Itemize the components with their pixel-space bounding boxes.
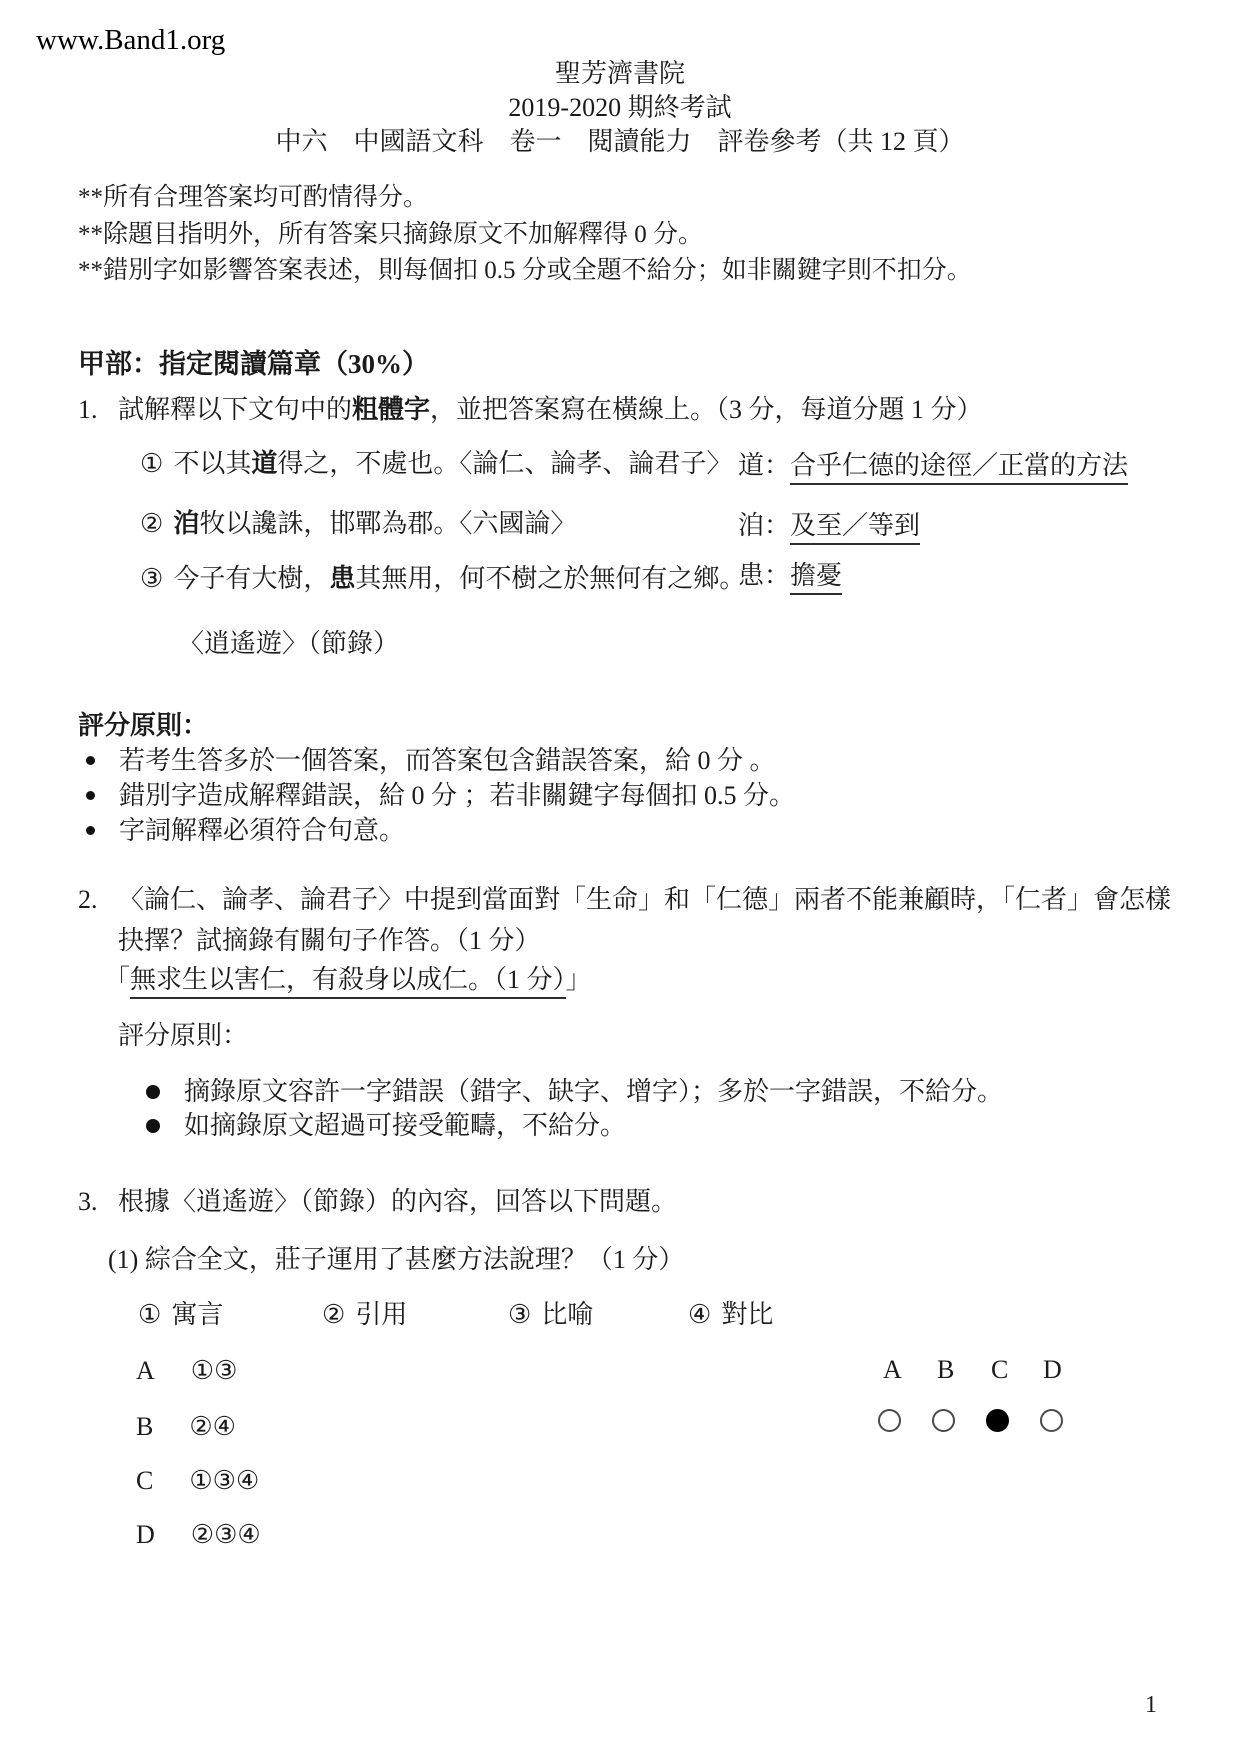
q1-answer-1-label: 道： [738,451,790,480]
q2-criteria-text: 如摘錄原文超過可接受範疇，不給分。 [184,1110,626,1143]
paper-title: 中六 中國語文科 卷一 閱讀能力 評卷參考（共 12 頁） [0,126,1240,159]
bullet-icon [86,791,95,800]
grid-header-C: C [991,1354,1008,1387]
school-name: 聖芳濟書院 [0,58,1240,91]
q2-answer-open-quote: 「 [104,965,130,994]
q1-stem-pre: 試解釋以下文句中的 [118,395,352,424]
q2-criteria-item: 摘錄原文容許一字錯誤（錯字、缺字、增字）；多於一字錯誤，不給分。 [146,1076,1003,1109]
q3-choice-D-letter: D [136,1520,155,1549]
q3-sub1-text: 綜合全文，莊子運用了甚麼方法說理？（1 分） [145,1245,685,1274]
q2-answer-quoted-text: 無求生以害仁，有殺身以成仁。（1 分） [130,965,566,999]
q2-stem-line1: 〈論仁、論孝、論君子〉中提到當面對「生命」和「仁德」兩者不能兼顧時，「仁者」會怎… [118,884,1171,917]
q3-sub1: (1) 綜合全文，莊子運用了甚麼方法說理？（1 分） [108,1244,684,1277]
q1-item-2-boldword: 洎 [173,509,199,538]
circled-number-3: ③ [140,564,163,593]
circled-number-4: ④ [688,1300,711,1329]
bullet-icon [86,756,95,765]
q1-item-2: ②洎牧以讒誅，邯鄲為郡。〈六國論〉 [140,508,576,541]
q2-answer-close-quote: 」 [566,965,592,994]
q1-criteria-item: 若考生答多於一個答案，而答案包含錯誤答案，給 0 分 。 [86,745,776,778]
q1-item-3: ③今子有大樹，患其無用，何不樹之於無何有之鄉。 [140,563,745,596]
q1-stem-bold-term: 粗體字 [352,395,430,424]
q3-choice-D-combo: ②③④ [191,1520,261,1549]
q1-answer-2-label: 洎： [738,511,790,540]
q1-criteria-item: 錯別字造成解釋錯誤，給 0 分 ；若非關鍵字每個扣 0.5 分。 [86,780,795,813]
q1-item-3-text: 今子有大樹， [173,564,329,593]
q1-answer-3: 患：擔憂 [738,560,842,593]
circled-number-1: ① [140,449,163,478]
marking-note: **除題目指明外，所有答案只摘錄原文不加解釋得 0 分。 [78,219,703,250]
q1-answer-3-value: 擔憂 [790,561,842,595]
exam-session: 2019-2020 期終考試 [0,92,1240,125]
q3-choice-C-combo: ①③④ [189,1466,259,1495]
bullet-icon [146,1085,160,1099]
section-a-heading: 甲部：指定閱讀篇章（30%） [78,348,429,382]
q1-item-3-rest: 其無用，何不樹之於無何有之鄉。 [355,564,745,593]
q1-item-3-source: 〈逍遙遊〉（節錄） [178,628,399,661]
answer-bubble [986,1409,1009,1432]
answer-bubble [932,1409,955,1432]
q1-item-1-text: 不以其 [173,449,251,478]
q1-criteria-text: 字詞解釋必須符合句意。 [119,815,405,848]
marking-note: **所有合理答案均可酌情得分。 [78,182,428,213]
q1-item-1-rest: 得之，不處也。〈論仁、論孝、論君子〉 [277,449,732,478]
grid-header-B: B [937,1354,954,1387]
q1-criteria-text: 錯別字造成解釋錯誤，給 0 分 ；若非關鍵字每個扣 0.5 分。 [119,780,795,813]
q1-item-1: ①不以其道得之，不處也。〈論仁、論孝、論君子〉 [140,448,732,481]
marking-note: **錯別字如影響答案表述，則每個扣 0.5 分或全題不給分；如非關鍵字則不扣分。 [78,255,972,286]
q2-stem-line2: 抉擇？試摘錄有關句子作答。（1 分） [118,925,541,958]
q3-choice-A-letter: A [136,1356,155,1385]
q2-number: 2. [78,884,98,917]
grid-header-A: A [883,1354,902,1387]
q3-option-4-label: 對比 [721,1300,773,1329]
q3-number: 3. [78,1186,98,1219]
page-number: 1 [1145,1690,1157,1720]
q3-choice-A: A①③ [136,1355,237,1388]
q3-option-2-label: 引用 [355,1300,407,1329]
q3-choice-B-letter: B [136,1412,153,1441]
q1-answer-2-value: 及至／等到 [790,511,920,545]
q3-option-3-label: 比喻 [541,1300,593,1329]
exam-answer-key-page: www.Band1.org 聖芳濟書院 2019-2020 期終考試 中六 中國… [0,0,1240,1754]
q3-choice-A-combo: ①③ [191,1356,238,1385]
answer-bubble [878,1409,901,1432]
q1-criteria-heading: 評分原則： [78,710,208,743]
q1-answer-1-value: 合乎仁德的途徑／正當的方法 [790,451,1128,485]
q1-criteria-text: 若考生答多於一個答案，而答案包含錯誤答案，給 0 分 。 [119,745,776,778]
q1-stem-post: ，並把答案寫在橫線上。（3 分，每道分題 1 分） [430,395,983,424]
q3-option-1: ①寓言 [138,1299,223,1332]
q3-choice-B: B②④ [136,1411,236,1444]
q2-criteria-item: 如摘錄原文超過可接受範疇，不給分。 [146,1110,626,1143]
q1-item-2-rest: 牧以讒誅，邯鄲為郡。〈六國論〉 [199,509,576,538]
site-watermark: www.Band1.org [36,22,225,58]
q1-answer-1: 道：合乎仁德的途徑／正當的方法 [738,450,1128,483]
q2-criteria-text: 摘錄原文容許一字錯誤（錯字、缺字、增字）；多於一字錯誤，不給分。 [184,1076,1003,1109]
q3-option-2: ②引用 [322,1299,407,1332]
bullet-icon [86,826,95,835]
circled-number-3: ③ [508,1300,531,1329]
circled-number-1: ① [138,1300,161,1329]
circled-number-2: ② [322,1300,345,1329]
answer-bubble [1040,1409,1063,1432]
q3-option-4: ④對比 [688,1299,773,1332]
q3-choice-D: D②③④ [136,1519,261,1552]
q3-choice-C: C①③④ [136,1465,259,1498]
q1-item-1-boldword: 道 [251,449,277,478]
q3-option-3: ③比喻 [508,1299,593,1332]
q3-choice-B-combo: ②④ [189,1412,236,1441]
q3-sub1-label: (1) [108,1245,138,1274]
q1-answer-2: 洎：及至／等到 [738,510,920,543]
q1-stem: 試解釋以下文句中的粗體字，並把答案寫在橫線上。（3 分，每道分題 1 分） [118,394,983,427]
q3-choice-C-letter: C [136,1466,153,1495]
q1-criteria-item: 字詞解釋必須符合句意。 [86,815,405,848]
grid-header-D: D [1043,1354,1062,1387]
q3-stem: 根據〈逍遙遊〉（節錄）的內容，回答以下問題。 [118,1186,677,1219]
q2-model-answer: 「無求生以害仁，有殺身以成仁。（1 分）」 [104,964,592,997]
bullet-icon [146,1119,160,1133]
q1-answer-3-label: 患： [738,561,790,590]
q2-criteria-heading: 評分原則： [118,1020,248,1053]
q3-option-1-label: 寓言 [171,1300,223,1329]
circled-number-2: ② [140,509,163,538]
q1-number: 1. [78,394,98,427]
q1-item-3-boldword: 患 [329,564,355,593]
